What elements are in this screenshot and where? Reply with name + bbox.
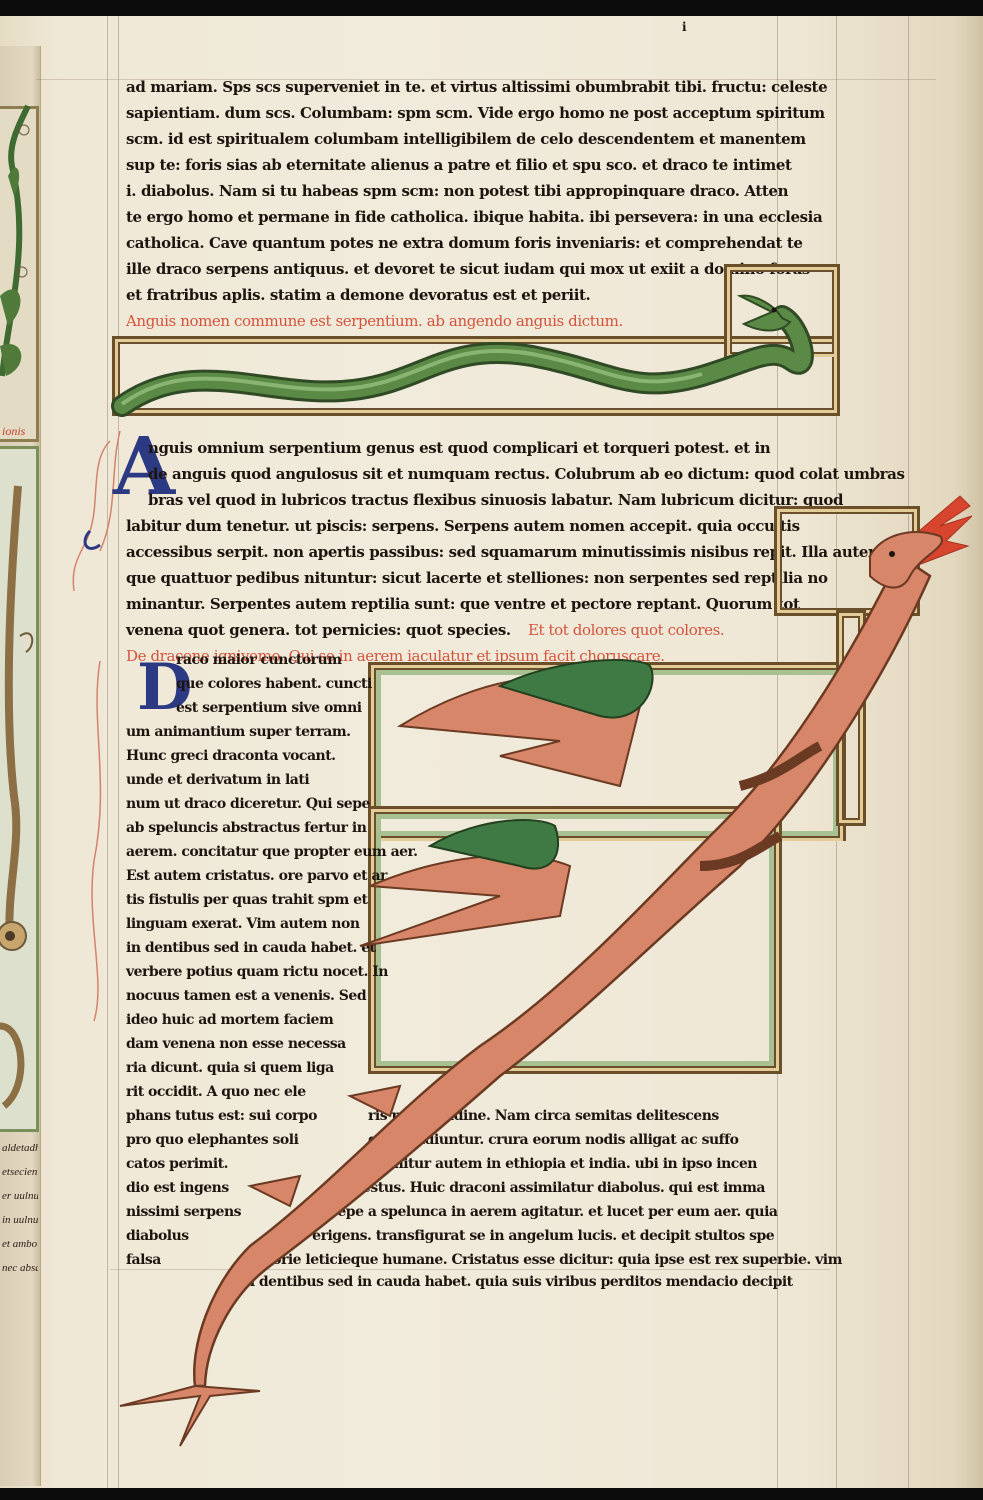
verso-rubric-fragment: ionis — [2, 424, 25, 439]
text-line: sup te: foris sias ab eternitate alienus… — [126, 156, 792, 174]
verso-serpent-icon — [0, 466, 40, 1126]
dragon-illustration — [100, 486, 980, 1446]
text-line: nguis omnium serpentium genus est quod c… — [148, 439, 770, 457]
verso-text-line: in uulnus — [2, 1208, 38, 1232]
text-line: i. diabolus. Nam si tu habeas spm scm: n… — [126, 182, 788, 200]
verso-text-line: nec absque — [2, 1256, 38, 1280]
text-line: de anguis quod angulosus sit et numquam … — [148, 465, 905, 483]
verso-text-line: etsecientes — [2, 1160, 38, 1184]
text-line: catholica. Cave quantum potes ne extra d… — [126, 234, 803, 252]
verso-text-line: aldetadhuc — [2, 1136, 38, 1160]
verso-plant-icon — [0, 46, 40, 406]
verso-page-edge: ionis aldetadhuc etsecientes er uulnus i… — [0, 46, 41, 1486]
text-line: te ergo homo et permane in fide catholic… — [126, 208, 822, 226]
text-line: scm. id est spiritualem columbam intelli… — [126, 130, 806, 148]
folio-mark: i — [682, 20, 686, 34]
serpent-illustration — [112, 266, 842, 416]
verso-text-line: et ambo — [2, 1232, 38, 1256]
verso-text-line: er uulnus — [2, 1184, 38, 1208]
text-line: ad mariam. Sps scs superveniet in te. et… — [126, 78, 827, 96]
text-line: sapientiam. dum scs. Columbam: spm scm. … — [126, 104, 825, 122]
manuscript-folio: ionis aldetadhuc etsecientes er uulnus i… — [0, 16, 983, 1488]
